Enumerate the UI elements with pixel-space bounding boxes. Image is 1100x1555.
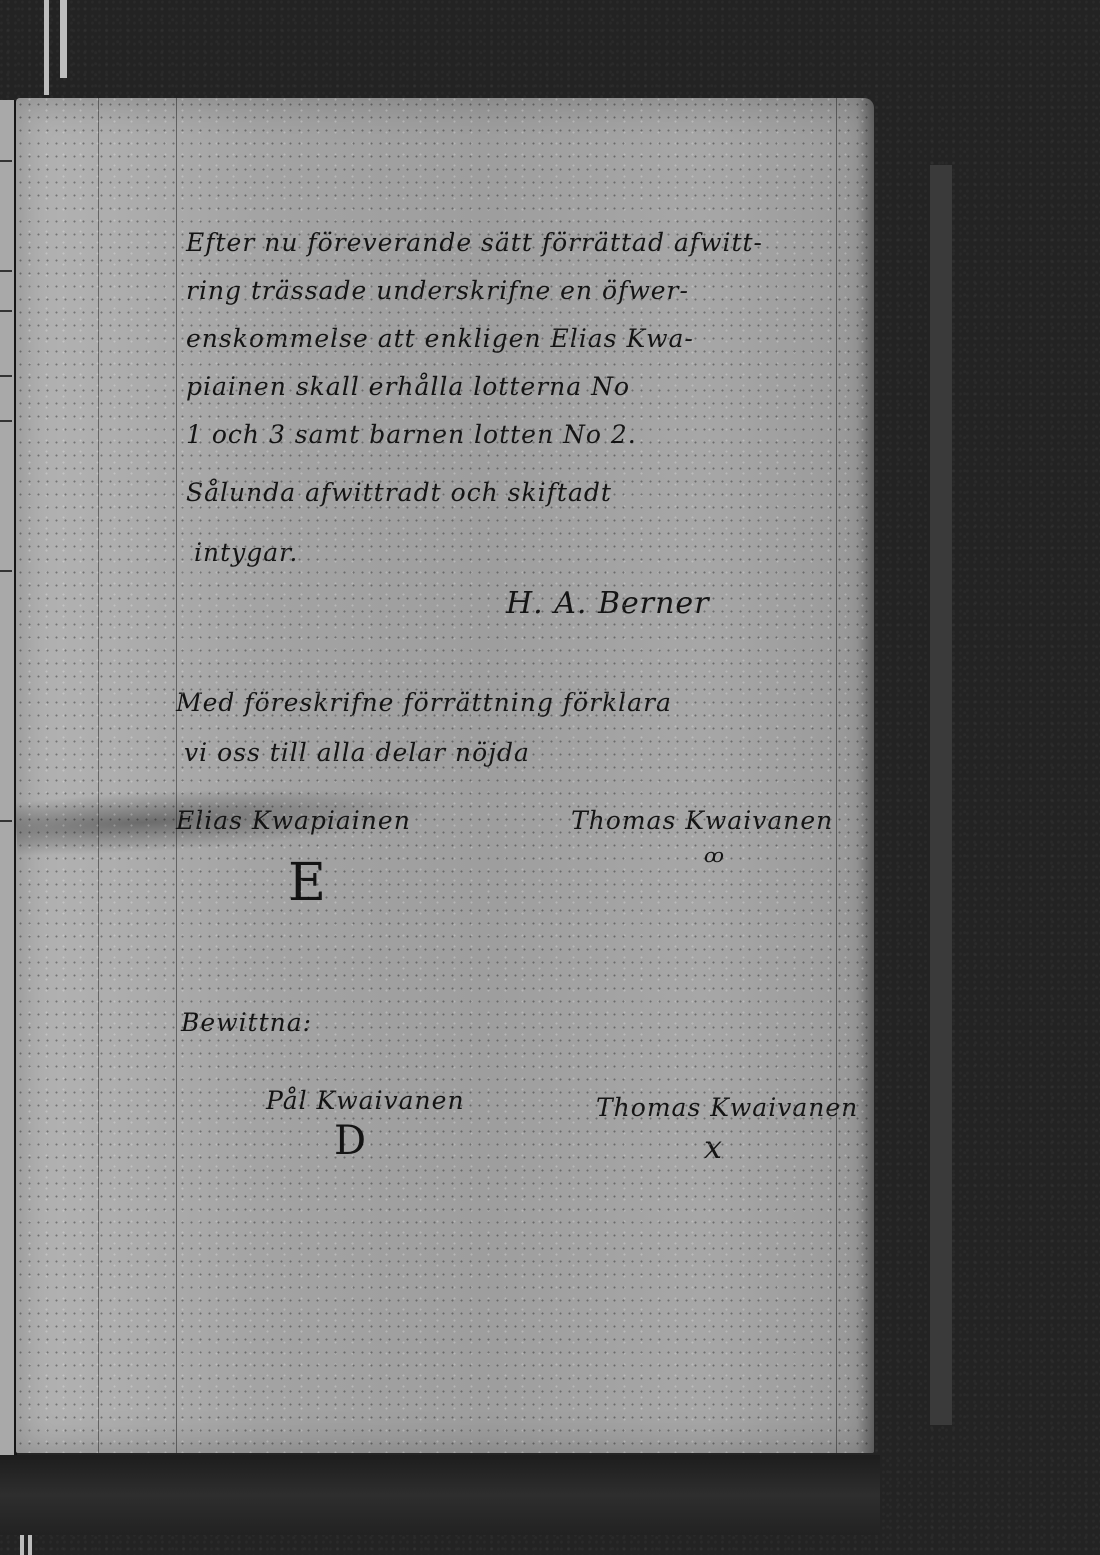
body-line-2: ring trässade underskrifne en öfwer- xyxy=(186,276,689,305)
body-line-7: intygar. xyxy=(194,538,298,567)
party-signature-2: Thomas Kwaivanen xyxy=(571,806,833,835)
film-edge-bar xyxy=(20,1535,24,1555)
official-signature: H. A. Berner xyxy=(506,586,710,621)
body-line-1: Efter nu föreverande sätt förrättad afwi… xyxy=(186,228,763,257)
declaration-line-1: Med föreskrifne förrättning förklara xyxy=(176,688,672,717)
film-edge-bar xyxy=(28,1535,32,1555)
witness-mark-2: x xyxy=(704,1128,723,1166)
witness-heading: Bewittna: xyxy=(181,1008,312,1037)
film-edge-bar xyxy=(44,0,49,95)
witness-signature-2: Thomas Kwaivanen xyxy=(596,1093,858,1122)
adjacent-page-edge xyxy=(0,100,17,1460)
margin-rule xyxy=(176,98,177,1453)
witness-signature-1: Pål Kwaivanen xyxy=(266,1086,465,1115)
body-line-3: enskommelse att enkligen Elias Kwa- xyxy=(186,324,694,353)
party-signature-1: Elias Kwapiainen xyxy=(176,806,411,835)
margin-rule xyxy=(836,98,837,1453)
body-line-6: Sålunda afwittradt och skiftadt xyxy=(186,478,612,507)
film-edge-bar xyxy=(60,0,67,78)
body-line-5: 1 och 3 samt barnen lotten No 2. xyxy=(186,420,637,449)
witness-mark-1: D xyxy=(334,1118,367,1164)
declaration-line-2: vi oss till alla delar nöjda xyxy=(184,738,530,767)
margin-rule xyxy=(98,98,99,1453)
body-line-4: piainen skall erhålla lotterna No xyxy=(186,372,630,401)
page-bottom-shadow xyxy=(0,1455,880,1535)
party-mark-2: ꝏ xyxy=(704,843,725,867)
party-mark-1: E xyxy=(288,853,327,913)
binding-strip xyxy=(930,165,952,1425)
manuscript-page: Efter nu föreverande sätt förrättad afwi… xyxy=(16,98,874,1453)
